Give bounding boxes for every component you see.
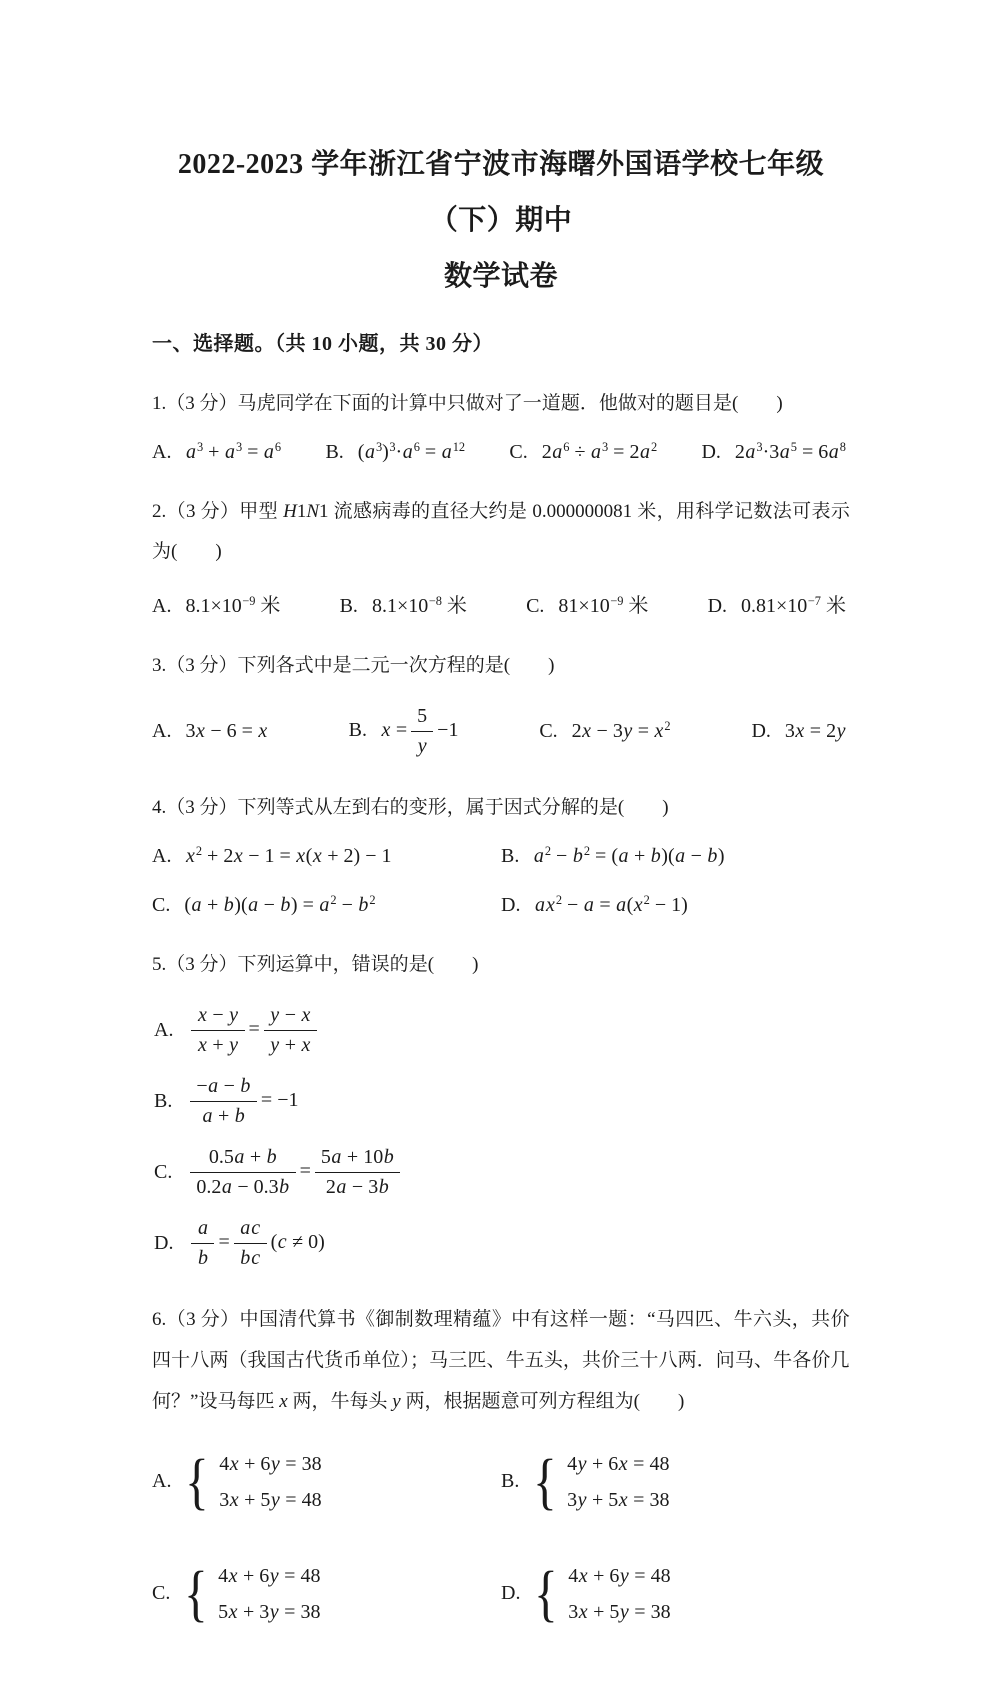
option-math: (a3)3·a6 = a12 [358,441,465,463]
options: A.8.1×10−9 米B.8.1×10−8 米C.81×10−9 米D.0.8… [152,589,850,618]
question-stem: 1.（3 分）马虎同学在下面的计算中只做对了一道题．他做对的题目是( ) [152,384,850,425]
option: A.8.1×10−9 米 [152,589,280,618]
equation-rows: 4y + 6x = 483y + 5x = 38 [567,1446,669,1518]
options: A.{4x + 6y = 383x + 5y = 48B.{4y + 6x = … [152,1446,850,1630]
option-math: 81×10−9 米 [558,595,648,617]
fraction-denominator: a + b [190,1102,257,1130]
option-math: {4x + 6y = 485x + 3y = 38 [184,1582,320,1604]
option: A.a3 + a3 = a6 [152,441,281,464]
option: C.81×10−9 米 [526,589,648,618]
option: A.{4x + 6y = 383x + 5y = 48 [152,1446,501,1518]
option-math: 3x = 2y [785,720,846,742]
option-label: C. [526,595,544,617]
question-stem: 4.（3 分）下列等式从左到右的变形，属于因式分解的是( ) [152,788,850,829]
fraction-numerator: y − x [264,1002,317,1031]
fraction: 5y [411,703,433,760]
fraction-numerator: 0.5a + b [190,1144,295,1173]
option-math: ab=acbc(c ≠ 0) [187,1215,324,1272]
option: D.{4x + 6y = 483x + 5y = 38 [501,1558,850,1630]
question-stem: 5.（3 分）下列运算中，错误的是( ) [152,945,850,986]
fraction-denominator: y [411,732,433,760]
options: A.a3 + a3 = a6B.(a3)3·a6 = a12C.2a6 ÷ a3… [152,441,850,464]
equation-rows: 4x + 6y = 485x + 3y = 38 [218,1558,320,1630]
option: B.x =5y−1 [349,703,459,760]
fraction: y − xy + x [264,1002,317,1059]
equation-rows: 4x + 6y = 483x + 5y = 38 [568,1558,670,1630]
option-math: 0.81×10−7 米 [741,595,846,617]
option-label: C. [152,894,170,916]
option-math: 8.1×10−8 米 [372,595,467,617]
options: A.x − yx + y=y − xy + xB.−a − ba + b= −1… [152,1002,850,1272]
option-label: A. [154,1019,173,1042]
question: 1.（3 分）马虎同学在下面的计算中只做对了一道题．他做对的题目是( ) A.a… [152,384,850,464]
left-brace: { [185,1453,209,1512]
option-math: a3 + a3 = a6 [185,441,281,463]
option-math: (a + b)(a − b) = a2 − b2 [184,894,375,916]
option: D.3x = 2y [751,720,846,743]
question: 6.（3 分）中国清代算书《御制数理精蕴》中有这样一题：“马四匹、牛六头，共价四… [152,1300,850,1631]
option: C.(a + b)(a − b) = a2 − b2 [152,894,501,917]
option-math: x − yx + y=y − xy + x [187,1002,320,1059]
option-math: {4x + 6y = 383x + 5y = 48 [185,1470,321,1492]
question: 4.（3 分）下列等式从左到右的变形，属于因式分解的是( ) A.x2 + 2x… [152,788,850,917]
option-label: D. [501,894,520,916]
option: B.8.1×10−8 米 [340,589,467,618]
equation-rows: 4x + 6y = 383x + 5y = 48 [219,1446,321,1518]
equation-row: 4x + 6y = 48 [218,1558,320,1594]
fraction: x − yx + y [191,1002,244,1059]
option-label: D. [708,595,727,617]
fraction-numerator: a [191,1215,214,1244]
exam-page: 2022-2023 学年浙江省宁波市海曙外国语学校七年级（下）期中 数学试卷 一… [0,0,1000,1690]
option-math: ax2 − a = a(x2 − 1) [534,894,687,916]
fraction-denominator: 0.2a − 0.3b [190,1173,295,1201]
option-label: B. [501,845,519,867]
equation-row: 5x + 3y = 38 [218,1594,320,1630]
option-label: B. [349,719,367,741]
fraction: 5a + 10b2a − 3b [315,1144,400,1201]
option: D.2a3·3a5 = 6a8 [701,441,846,464]
option-label: B. [325,441,343,463]
options: A.x2 + 2x − 1 = x(x + 2) − 1B.a2 − b2 = … [152,845,850,917]
fraction: −a − ba + b [190,1073,257,1130]
fraction: 0.5a + b0.2a − 0.3b [190,1144,295,1201]
equation-system: {4x + 6y = 383x + 5y = 48 [185,1446,321,1518]
option-label: A. [152,441,171,463]
fraction: ab [191,1215,214,1272]
option: C.{4x + 6y = 485x + 3y = 38 [152,1558,501,1630]
option: A.3x − 6 = x [152,720,268,743]
option: A.x2 + 2x − 1 = x(x + 2) − 1 [152,845,501,868]
option-label: A. [152,595,171,617]
fraction-denominator: bc [234,1244,267,1272]
option-math: 2a3·3a5 = 6a8 [735,441,846,463]
option-label: C. [152,1582,170,1604]
option: B.−a − ba + b= −1 [154,1073,850,1130]
option-math: 8.1×10−9 米 [185,595,280,617]
option: C.2x − 3y = x2 [539,720,670,743]
option-math: −a − ba + b= −1 [186,1073,298,1130]
equation-row: 4x + 6y = 38 [219,1446,321,1482]
left-brace: { [534,1565,558,1624]
equation-system: {4y + 6x = 483y + 5x = 38 [533,1446,669,1518]
question: 3.（3 分）下列各式中是二元一次方程的是( ) A.3x − 6 = xB.x… [152,646,850,760]
option-label: D. [501,1582,520,1604]
option-label: D. [154,1232,173,1255]
fraction-denominator: 2a − 3b [315,1173,400,1201]
option-label: A. [152,1470,171,1492]
option-math: 3x − 6 = x [185,720,267,742]
fraction-denominator: b [191,1244,214,1272]
option-label: B. [501,1470,519,1492]
left-brace: { [533,1453,557,1512]
fraction-denominator: x + y [191,1031,244,1059]
exam-title-line2: 数学试卷 [152,249,850,305]
option-math: 2a6 ÷ a3 = 2a2 [542,441,657,463]
question-stem: 2.（3 分）甲型 H1N1 流感病毒的直径大约是 0.000000081 米，… [152,492,850,574]
equation-system: {4x + 6y = 485x + 3y = 38 [184,1558,320,1630]
option-label: D. [751,720,770,742]
equation-row: 3x + 5y = 38 [568,1594,670,1630]
exam-title: 2022-2023 学年浙江省宁波市海曙外国语学校七年级（下）期中 数学试卷 [152,137,850,305]
option: B.{4y + 6x = 483y + 5x = 38 [501,1446,850,1518]
option: D.ax2 − a = a(x2 − 1) [501,894,850,917]
fraction-numerator: −a − b [190,1073,257,1102]
option-label: C. [509,441,527,463]
equation-row: 3x + 5y = 48 [219,1482,321,1518]
option-math: x =5y−1 [381,719,458,741]
fraction-numerator: ac [234,1215,267,1244]
option-label: C. [539,720,557,742]
section-heading: 一、选择题。（共 10 小题，共 30 分） [152,327,850,356]
option-label: B. [154,1090,172,1113]
equation-row: 4y + 6x = 48 [567,1446,669,1482]
equation-row: 3y + 5x = 38 [567,1482,669,1518]
option: D.0.81×10−7 米 [708,589,846,618]
question-list: 1.（3 分）马虎同学在下面的计算中只做对了一道题．他做对的题目是( ) A.a… [152,384,850,1631]
option-math: 0.5a + b0.2a − 0.3b=5a + 10b2a − 3b [186,1144,404,1201]
option-label: A. [152,720,171,742]
question-stem: 6.（3 分）中国清代算书《御制数理精蕴》中有这样一题：“马四匹、牛六头，共价四… [152,1300,850,1423]
equation-system: {4x + 6y = 483x + 5y = 38 [534,1558,670,1630]
option: C.2a6 ÷ a3 = 2a2 [509,441,657,464]
option-math: x2 + 2x − 1 = x(x + 2) − 1 [185,845,391,867]
option: A.x − yx + y=y − xy + x [154,1002,850,1059]
option: B.(a3)3·a6 = a12 [325,441,465,464]
option-math: {4y + 6x = 483y + 5x = 38 [533,1470,669,1492]
option-math: {4x + 6y = 483x + 5y = 38 [534,1582,670,1604]
question: 5.（3 分）下列运算中，错误的是( ) A.x − yx + y=y − xy… [152,945,850,1272]
option-label: D. [701,441,720,463]
fraction: acbc [234,1215,267,1272]
option-label: C. [154,1161,172,1184]
exam-title-line1: 2022-2023 学年浙江省宁波市海曙外国语学校七年级（下）期中 [152,137,850,249]
option-label: A. [152,845,171,867]
options: A.3x − 6 = xB.x =5y−1C.2x − 3y = x2D.3x … [152,703,850,760]
left-brace: { [184,1565,208,1624]
equation-row: 4x + 6y = 48 [568,1558,670,1594]
fraction-denominator: y + x [264,1031,317,1059]
fraction-numerator: 5 [411,703,433,732]
option: D.ab=acbc(c ≠ 0) [154,1215,850,1272]
option: C.0.5a + b0.2a − 0.3b=5a + 10b2a − 3b [154,1144,850,1201]
question: 2.（3 分）甲型 H1N1 流感病毒的直径大约是 0.000000081 米，… [152,492,850,619]
option-label: B. [340,595,358,617]
fraction-numerator: 5a + 10b [315,1144,400,1173]
option-math: 2x − 3y = x2 [572,720,671,742]
question-stem: 3.（3 分）下列各式中是二元一次方程的是( ) [152,646,850,687]
option-math: a2 − b2 = (a + b)(a − b) [533,845,724,867]
option: B.a2 − b2 = (a + b)(a − b) [501,845,850,868]
fraction-numerator: x − y [191,1002,244,1031]
